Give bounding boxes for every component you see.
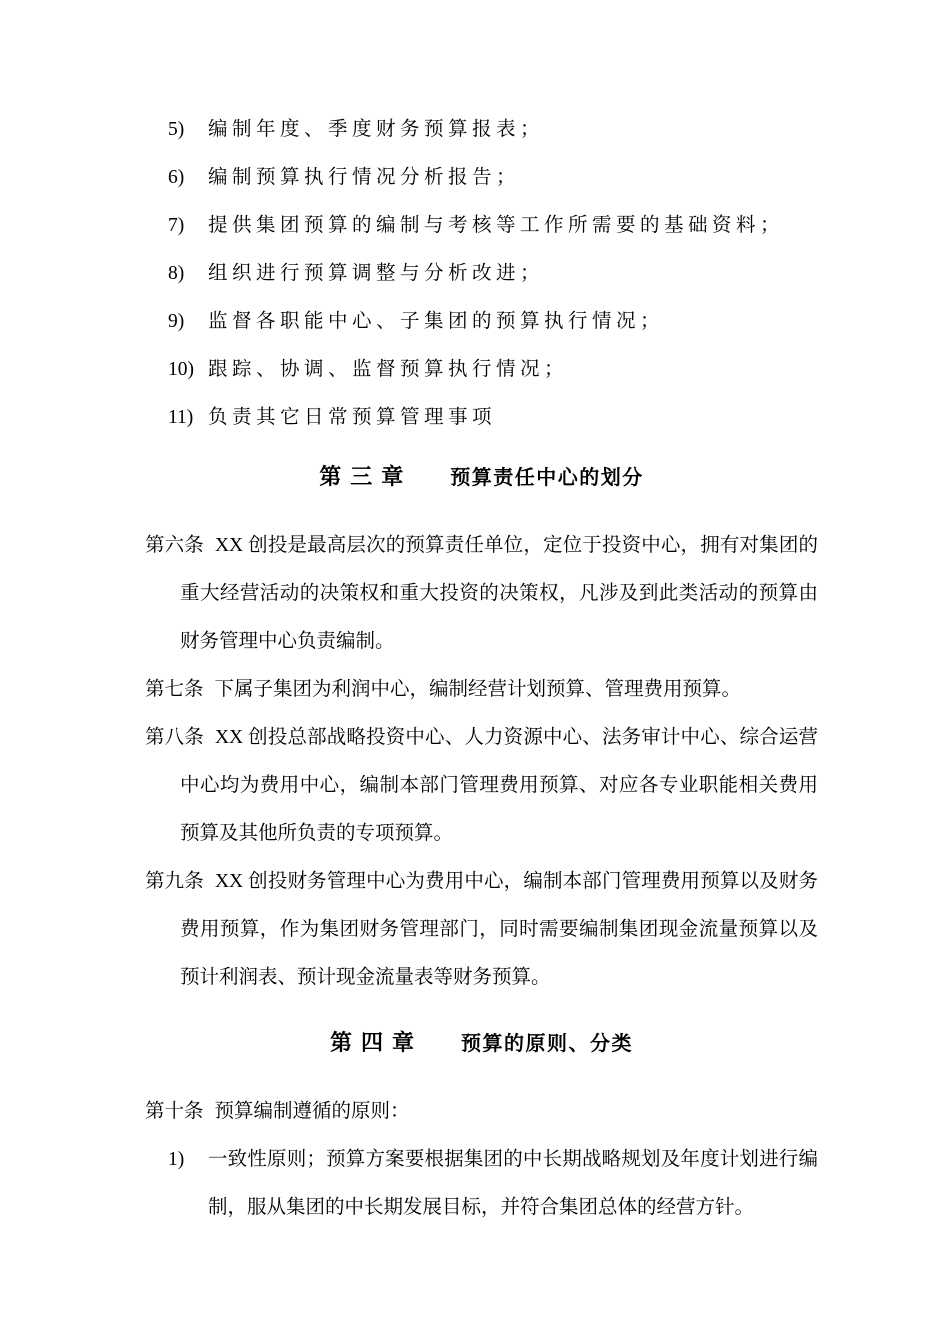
article-6-text: XX 创投是最高层次的预算责任单位，定位于投资中心，拥有对集团的重大经营活动的决…	[180, 535, 818, 652]
article-10-label: 第十条	[145, 1101, 204, 1122]
list-item-number: 8)	[168, 250, 184, 298]
list-item-number: 6)	[168, 154, 184, 202]
article-9-text: XX 创投财务管理中心为费用中心，编制本部门管理费用预算以及财务费用预算，作为集…	[180, 871, 818, 988]
chapter-3-articles: 第六条XX 创投是最高层次的预算责任单位，定位于投资中心，拥有对集团的重大经营活…	[145, 522, 818, 1002]
article-7-label: 第七条	[145, 679, 204, 700]
list-item-number: 11)	[168, 394, 193, 442]
article-6: 第六条XX 创投是最高层次的预算责任单位，定位于投资中心，拥有对集团的重大经营活…	[145, 522, 818, 666]
article-7: 第七条下属子集团为利润中心，编制经营计划预算、管理费用预算。	[145, 666, 818, 714]
chapter-4-title: 预算的原则、分类	[461, 1033, 633, 1055]
list-item: 11)负责其它日常预算管理事项	[145, 394, 818, 442]
chapter-4-number: 第四章	[330, 1030, 423, 1055]
list-item-text: 编制预算执行情况分析报告；	[208, 167, 520, 188]
article-8-text: XX 创投总部战略投资中心、人力资源中心、法务审计中心、综合运营中心均为费用中心…	[180, 727, 818, 844]
list-item: 1)一致性原则；预算方案要根据集团的中长期战略规划及年度计划进行编制，服从集团的…	[145, 1136, 818, 1232]
principles-list: 1)一致性原则；预算方案要根据集团的中长期战略规划及年度计划进行编制，服从集团的…	[145, 1136, 818, 1232]
chapter-4-heading: 第四章预算的原则、分类	[145, 1019, 818, 1068]
list-item: 7)提供集团预算的编制与考核等工作所需要的基础资料；	[145, 202, 818, 250]
article-10-text: 预算编制遵循的原则：	[215, 1101, 410, 1122]
article-8: 第八条XX 创投总部战略投资中心、人力资源中心、法务审计中心、综合运营中心均为费…	[145, 714, 818, 858]
list-item-number: 5)	[168, 106, 184, 154]
list-item-number: 9)	[168, 298, 184, 346]
article-9: 第九条XX 创投财务管理中心为费用中心，编制本部门管理费用预算以及财务费用预算，…	[145, 858, 818, 1002]
article-10: 第十条预算编制遵循的原则：	[145, 1088, 818, 1136]
article-9-label: 第九条	[145, 871, 204, 892]
list-item-number: 7)	[168, 202, 184, 250]
chapter-3-heading: 第三章预算责任中心的划分	[145, 453, 818, 502]
list-item-text: 一致性原则；预算方案要根据集团的中长期战略规划及年度计划进行编制，服从集团的中长…	[208, 1149, 818, 1218]
list-item: 5)编制年度、季度财务预算报表；	[145, 106, 818, 154]
list-item: 6)编制预算执行情况分析报告；	[145, 154, 818, 202]
document-page: 5)编制年度、季度财务预算报表； 6)编制预算执行情况分析报告； 7)提供集团预…	[0, 0, 950, 1344]
document-body: 5)编制年度、季度财务预算报表； 6)编制预算执行情况分析报告； 7)提供集团预…	[145, 106, 818, 1232]
article-6-label: 第六条	[145, 535, 204, 556]
list-item-text: 组织进行预算调整与分析改进；	[208, 263, 544, 284]
list-item-text: 提供集团预算的编制与考核等工作所需要的基础资料；	[208, 215, 784, 236]
list-item: 10)跟踪、协调、监督预算执行情况；	[145, 346, 818, 394]
list-item-text: 负责其它日常预算管理事项	[208, 407, 496, 428]
list-item-text: 监督各职能中心、子集团的预算执行情况；	[208, 311, 664, 332]
list-item-number: 10)	[168, 346, 194, 394]
article-8-label: 第八条	[145, 727, 204, 748]
list-item: 9)监督各职能中心、子集团的预算执行情况；	[145, 298, 818, 346]
duty-list: 5)编制年度、季度财务预算报表； 6)编制预算执行情况分析报告； 7)提供集团预…	[145, 106, 818, 442]
article-7-text: 下属子集团为利润中心，编制经营计划预算、管理费用预算。	[215, 679, 742, 700]
list-item: 8)组织进行预算调整与分析改进；	[145, 250, 818, 298]
chapter-3-title: 预算责任中心的划分	[450, 467, 644, 489]
chapter-3-number: 第三章	[319, 464, 412, 489]
list-item-text: 编制年度、季度财务预算报表；	[208, 119, 544, 140]
list-item-number: 1)	[168, 1136, 184, 1184]
list-item-text: 跟踪、协调、监督预算执行情况；	[208, 359, 568, 380]
